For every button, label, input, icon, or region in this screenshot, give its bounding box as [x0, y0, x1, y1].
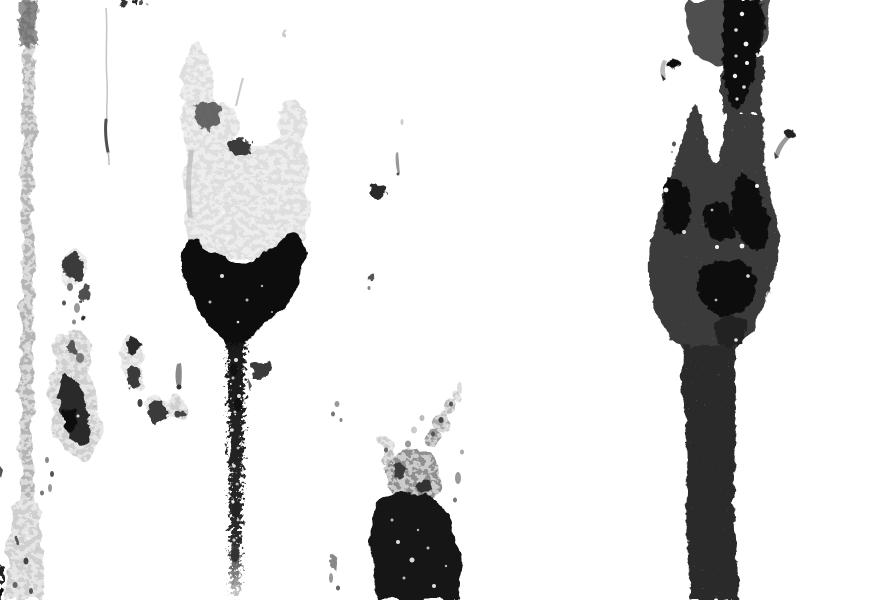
- speck: [336, 586, 340, 591]
- pinhole: [237, 519, 240, 522]
- stem-clot: [231, 548, 239, 562]
- speck: [24, 558, 29, 565]
- speck: [67, 283, 73, 291]
- speck: [424, 429, 440, 447]
- pinhole: [744, 42, 749, 47]
- pinhole: [229, 257, 231, 259]
- pinhole: [410, 558, 415, 563]
- pinhole: [232, 377, 235, 380]
- pinhole: [740, 12, 744, 16]
- pinhole: [417, 529, 419, 531]
- speck: [15, 536, 21, 544]
- speck: [48, 484, 52, 492]
- faint-speck: [401, 119, 404, 125]
- speck: [340, 418, 343, 422]
- pinhole: [682, 230, 686, 234]
- speck: [453, 498, 457, 503]
- speck: [455, 472, 461, 484]
- pinhole: [742, 85, 746, 89]
- pinhole: [232, 464, 236, 468]
- speck: [331, 412, 335, 417]
- speck: [420, 415, 425, 421]
- speck: [177, 385, 182, 390]
- speck: [76, 353, 84, 363]
- speck: [74, 303, 80, 313]
- pinhole: [236, 483, 239, 486]
- stem-clot: [230, 364, 238, 376]
- speck: [405, 441, 411, 448]
- stain-blob: [78, 286, 90, 300]
- pinhole: [237, 394, 241, 398]
- pinhole: [271, 311, 273, 313]
- pinhole: [246, 299, 249, 302]
- pinhole: [234, 358, 238, 362]
- speck: [671, 151, 673, 153]
- speck: [368, 273, 374, 283]
- pinhole: [746, 274, 750, 278]
- remnant-dark-patch: [417, 480, 431, 492]
- pinhole: [403, 577, 406, 580]
- pinhole: [232, 538, 235, 541]
- pinhole: [745, 61, 749, 65]
- stem-clot: [234, 398, 242, 412]
- speck: [67, 341, 77, 355]
- speck: [439, 417, 444, 423]
- pinhole: [230, 428, 234, 432]
- pinhole: [427, 547, 430, 550]
- pinhole: [734, 54, 737, 57]
- speck: [29, 588, 33, 594]
- speck: [80, 316, 86, 323]
- faint-speck: [282, 29, 286, 37]
- pinhole: [237, 321, 240, 324]
- glossy-patch-bottom: [714, 316, 746, 347]
- pinhole: [755, 184, 759, 188]
- speck: [72, 320, 76, 325]
- pinhole: [432, 584, 436, 588]
- pinhole: [261, 285, 263, 287]
- stain-core: [63, 408, 77, 432]
- pinhole: [664, 188, 669, 193]
- pinhole: [237, 447, 240, 450]
- speck: [460, 450, 464, 455]
- speck: [368, 286, 371, 290]
- stem-clot: [232, 502, 240, 518]
- speck: [450, 388, 462, 404]
- image-stage: [0, 0, 880, 600]
- pinhole: [715, 245, 719, 249]
- speck: [449, 402, 453, 407]
- speck: [146, 5, 148, 8]
- pinhole: [740, 244, 745, 249]
- pinhole: [711, 209, 714, 212]
- pinhole: [220, 274, 224, 278]
- pinhole: [715, 299, 718, 302]
- pinhole: [391, 519, 394, 522]
- speck: [40, 491, 44, 496]
- speck: [329, 573, 333, 583]
- speck: [411, 427, 417, 434]
- pinhole: [735, 97, 738, 100]
- stem-clot: [230, 449, 238, 461]
- speck: [335, 401, 340, 407]
- streak-dark-top: [19, 0, 37, 46]
- scratch-line: [106, 8, 107, 122]
- pinhole: [209, 301, 212, 304]
- speck: [431, 432, 435, 437]
- speck: [13, 582, 18, 588]
- pinhole: [733, 74, 737, 78]
- pinhole: [396, 540, 400, 544]
- blotch-dark-top: [126, 338, 140, 354]
- pinhole: [445, 565, 447, 567]
- pinhole: [734, 338, 738, 342]
- speck: [138, 399, 143, 407]
- speck: [62, 301, 66, 306]
- speck: [45, 457, 49, 463]
- artwork-canvas: [0, 0, 880, 600]
- speck: [331, 554, 337, 570]
- remnant-dark-patch: [394, 462, 406, 478]
- speck: [397, 173, 400, 176]
- pinhole: [734, 28, 738, 32]
- speck: [672, 142, 676, 147]
- speck: [384, 448, 388, 453]
- pinhole: [77, 415, 80, 418]
- speck: [50, 471, 54, 477]
- plant-stem: [682, 346, 740, 600]
